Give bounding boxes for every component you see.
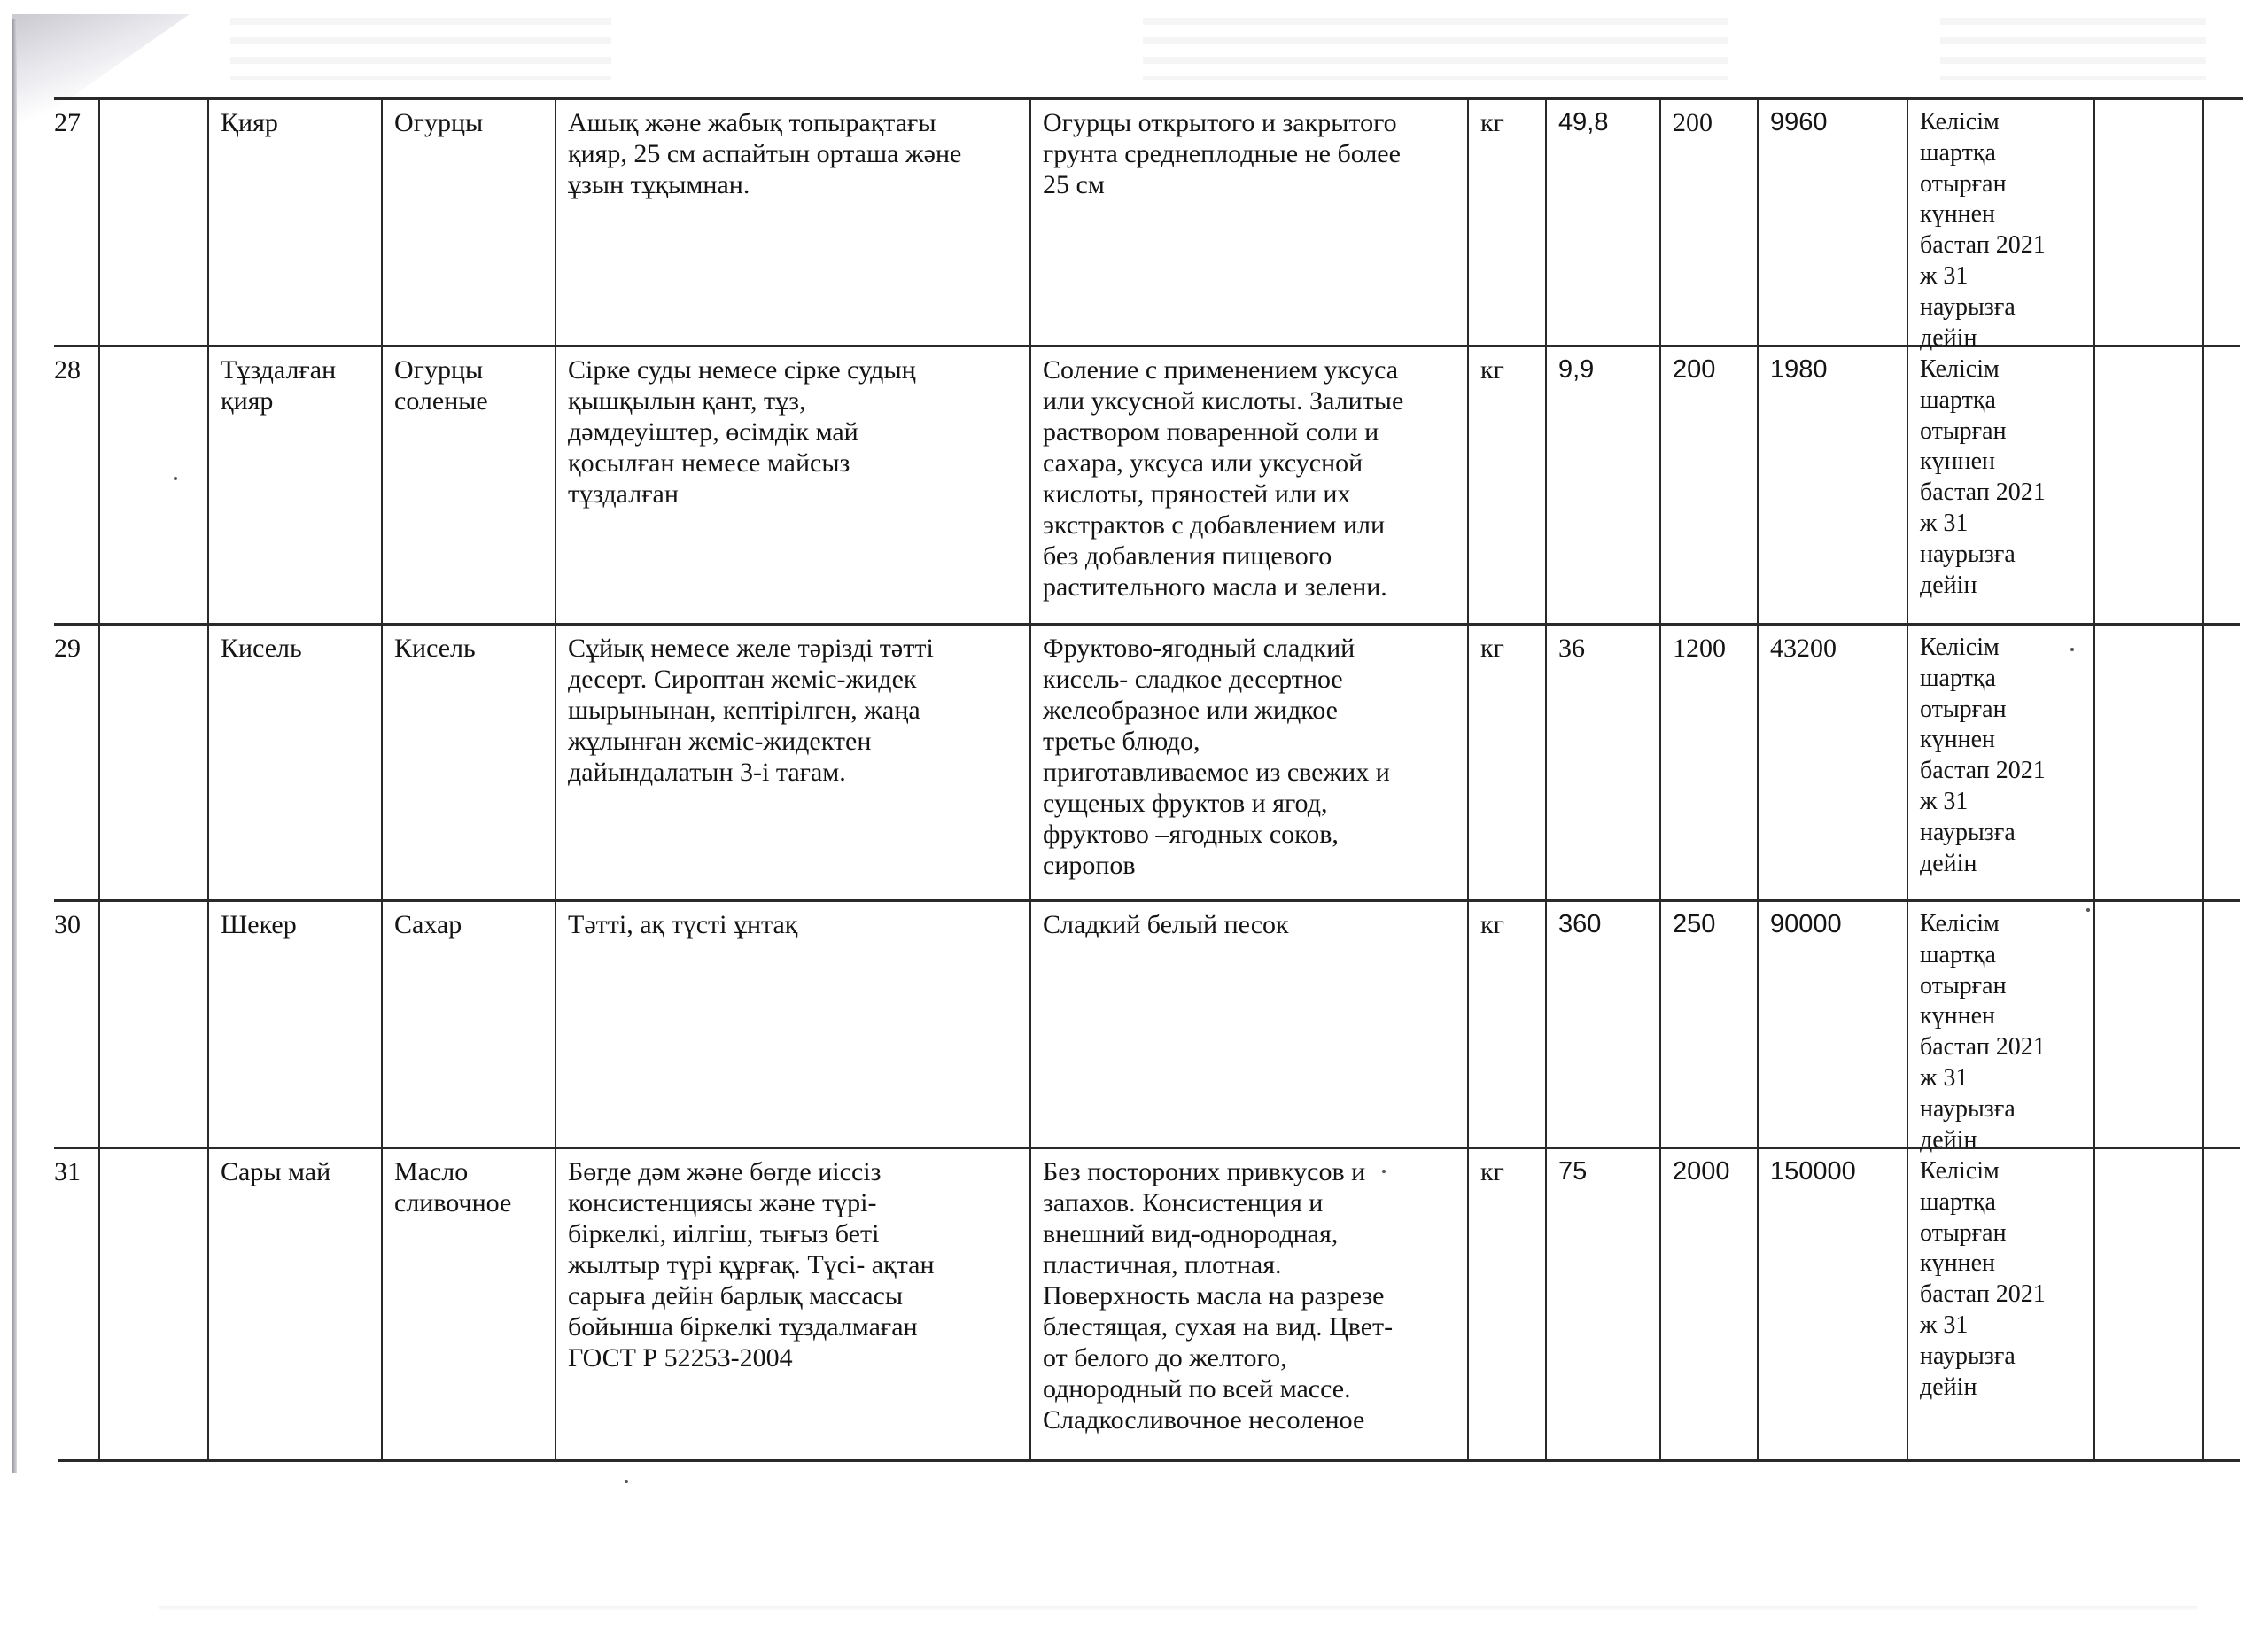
row-number: 29 [54, 633, 92, 664]
table-column-border [381, 98, 383, 1460]
description-ru-cell: Без посторониx привкусов и запахов. Конс… [1043, 1156, 1461, 1435]
price-cell: 49,8 [1558, 107, 1653, 138]
scan-speck [625, 1480, 628, 1483]
table-column-border [555, 98, 556, 1460]
name-kz-cell: Кисель [221, 633, 375, 664]
price-cell: 9,9 [1558, 354, 1653, 385]
scan-page-corner [12, 14, 190, 138]
description-ru-cell: Сладкий белый песок [1043, 909, 1461, 940]
scan-speck [1382, 1170, 1386, 1173]
quantity-cell: 250 [1673, 909, 1751, 940]
quantity-cell: 200 [1673, 107, 1751, 138]
scan-bottom-shadow [159, 1606, 2197, 1611]
name-ru-cell: Сахар [394, 909, 548, 940]
description-ru-cell: Соление с применением уксуса или уксусно… [1043, 354, 1461, 603]
bleed-through-text [1940, 18, 2206, 80]
delivery-deadline-cell: Келісім шартқа отырған күннен бастап 202… [1920, 1156, 2087, 1403]
unit-cell: кг [1480, 909, 1539, 940]
table-column-border [1907, 98, 1908, 1460]
scan-page-edge [12, 19, 17, 1473]
table-column-border [2093, 98, 2095, 1460]
quantity-cell: 200 [1673, 354, 1751, 385]
sum-cell: 90000 [1770, 909, 1900, 940]
scan-speck [2086, 908, 2090, 912]
bleed-through-text [230, 18, 611, 80]
unit-cell: кг [1480, 354, 1539, 385]
table-column-border [1545, 98, 1547, 1460]
delivery-deadline-cell: Келісім шартқа отырған күннен бастап 202… [1920, 909, 2087, 1155]
description-kz-cell: Сұйық немесе желе тәрізді тәтті десерт. … [568, 633, 1023, 788]
table-column-border [1467, 98, 1469, 1460]
row-number: 31 [54, 1156, 92, 1187]
scan-speck [174, 477, 177, 480]
delivery-deadline-cell: Келісім шартқа отырған күннен бастап 202… [1920, 633, 2087, 879]
unit-cell: кг [1480, 633, 1539, 664]
table-row-border [58, 1459, 2240, 1462]
quantity-cell: 1200 [1673, 633, 1751, 664]
name-kz-cell: Шекер [221, 909, 375, 940]
description-kz-cell: Ашық және жабық топырақтағы қияр, 25 см … [568, 107, 1023, 200]
name-ru-cell: Огурцы соленые [394, 354, 548, 416]
description-kz-cell: Бөгде дәм және бөгде иіссіз консистенция… [568, 1156, 1023, 1373]
unit-cell: кг [1480, 107, 1539, 138]
bleed-through-text [1143, 18, 1728, 80]
name-ru-cell: Огурцы [394, 107, 548, 138]
row-number: 30 [54, 909, 92, 940]
sum-cell: 9960 [1770, 107, 1900, 138]
description-kz-cell: Сірке суды немесе сірке судың қышқылын қ… [568, 354, 1023, 509]
scan-speck [2070, 648, 2074, 651]
quantity-cell: 2000 [1673, 1156, 1751, 1187]
unit-cell: кг [1480, 1156, 1539, 1187]
price-cell: 360 [1558, 909, 1653, 940]
name-ru-cell: Кисель [394, 633, 548, 664]
table-column-border [1029, 98, 1031, 1460]
table-column-border [2202, 98, 2204, 1460]
row-number: 28 [54, 354, 92, 385]
description-kz-cell: Тәтті, ақ түсті ұнтақ [568, 909, 1023, 940]
name-kz-cell: Қияр [221, 107, 375, 138]
description-ru-cell: Огурцы открытого и закрытого грунта сред… [1043, 107, 1461, 200]
delivery-deadline-cell: Келісім шартқа отырған күннен бастап 202… [1920, 107, 2087, 354]
description-ru-cell: Фруктово-ягодный сладкий кисель- сладкое… [1043, 633, 1461, 881]
table-column-border [1659, 98, 1661, 1460]
sum-cell: 43200 [1770, 633, 1900, 664]
table-column-border [1757, 98, 1759, 1460]
name-kz-cell: Тұздалған қияр [221, 354, 375, 416]
name-kz-cell: Сары май [221, 1156, 375, 1187]
price-cell: 75 [1558, 1156, 1653, 1187]
delivery-deadline-cell: Келісім шартқа отырған күннен бастап 202… [1920, 354, 2087, 601]
name-ru-cell: Масло сливочное [394, 1156, 548, 1218]
sum-cell: 150000 [1770, 1156, 1900, 1187]
table-column-border [207, 98, 209, 1460]
sum-cell: 1980 [1770, 354, 1900, 385]
row-number: 27 [54, 107, 92, 138]
table-column-border [98, 98, 100, 1460]
price-cell: 36 [1558, 633, 1653, 664]
